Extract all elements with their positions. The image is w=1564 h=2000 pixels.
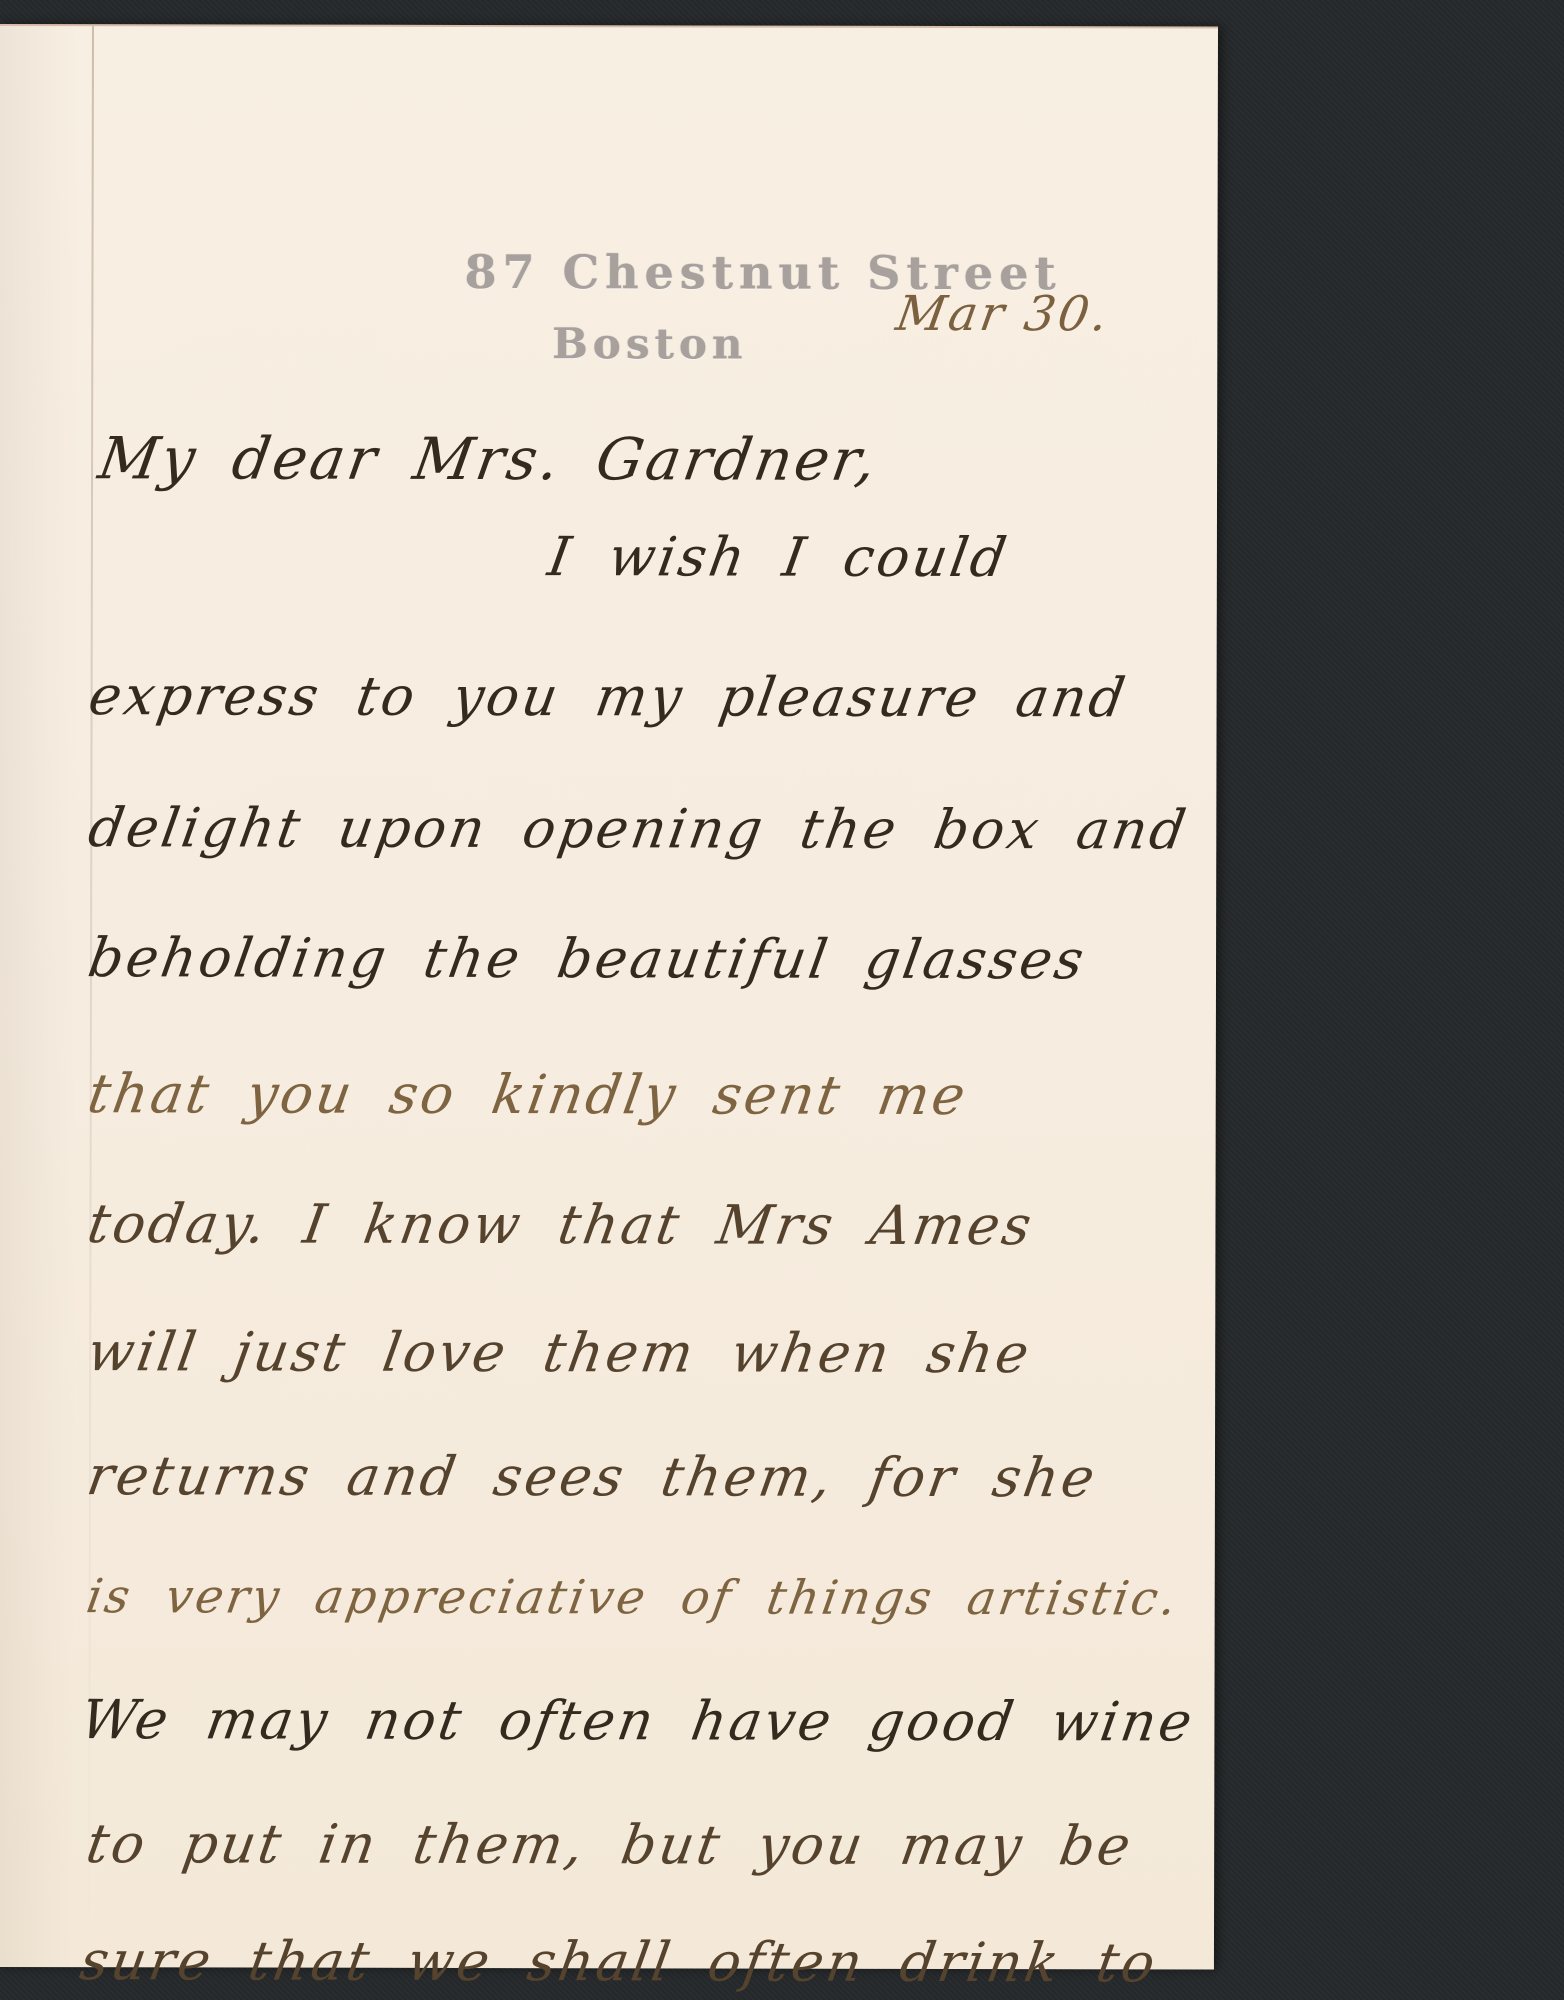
letter-line: We may not often have good wine xyxy=(76,1688,1199,1753)
letter-line: express to you my pleasure and xyxy=(85,664,1133,729)
letter-page: 87 Chestnut Street Boston Mar 30. My dea… xyxy=(0,24,1218,1970)
letter-line: is very appreciative of things artistic. xyxy=(83,1569,1183,1626)
letter-line: will just love them when she xyxy=(83,1320,1036,1385)
letter-line: beholding the beautiful glasses xyxy=(84,926,1091,991)
salutation: My dear Mrs. Gardner, xyxy=(94,424,884,494)
handwritten-date: Mar 30. xyxy=(892,286,1114,342)
letter-line: sure that we shall often drink to xyxy=(76,1929,1162,1994)
letter-line: delight upon opening the box and xyxy=(84,796,1193,861)
letterhead-city: Boston xyxy=(552,319,747,368)
letter-line: that you so kindly sent me xyxy=(84,1062,973,1127)
letter-line: I wish I could xyxy=(544,525,1014,589)
letter-line: today. I know that Mrs Ames xyxy=(83,1192,1038,1257)
scanned-letter-background: 87 Chestnut Street Boston Mar 30. My dea… xyxy=(0,0,1564,2000)
letter-line: to put in them, but you may be xyxy=(82,1812,1138,1877)
fold-shading xyxy=(0,26,94,1967)
letter-line: returns and sees them, for she xyxy=(83,1444,1102,1509)
